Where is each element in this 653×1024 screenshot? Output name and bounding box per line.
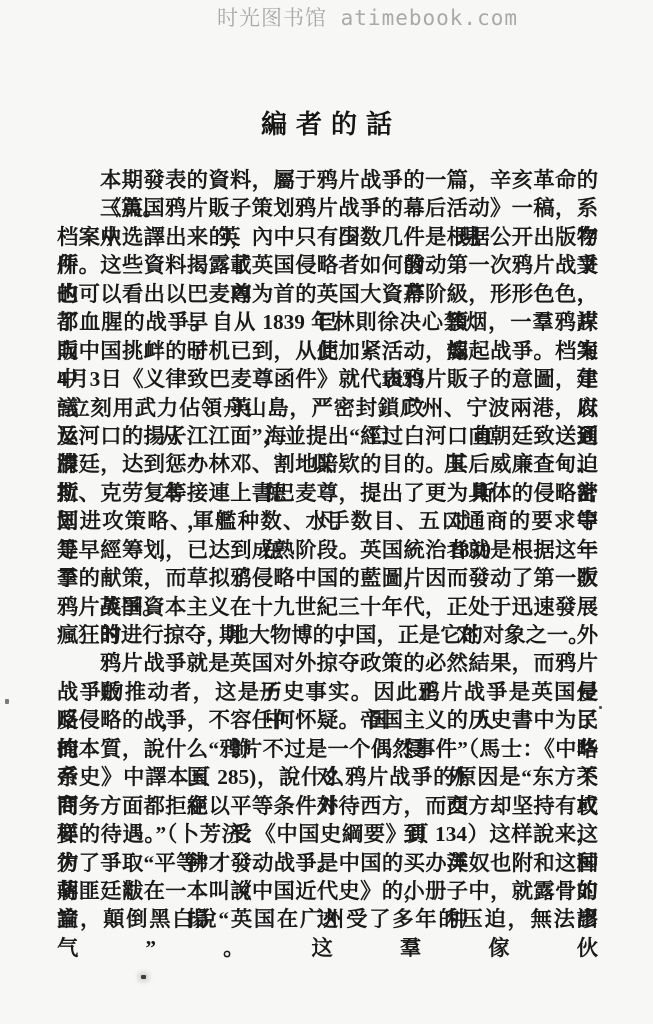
text-line: 瘋狂的进行掠夺，地大物博的中国，正是它的对象之一。 xyxy=(57,621,598,649)
text-line: “立刻用武力佔領舟山島，严密封鎖广州、宁波兩港，以及从海口直到 xyxy=(57,394,598,422)
text-line: 了血腥的战爭。自从 1839 年林則徐决心禁烟，一羣鸦片販子便認为 xyxy=(57,308,598,336)
text-line: 英国資本主义在十九世紀三十年代，正处于迅速發展时期，对外 xyxy=(57,593,598,621)
page-title: 編者的話 xyxy=(0,104,653,141)
text-line: 斯、克劳复等接連上書巴麦尊，提出了更为具体的侵略計划，凡对中 xyxy=(57,479,598,507)
text-line: 商务方面都拒絕以平等条件对待西方，而西方却坚持有权要受到这 xyxy=(57,792,598,820)
text-line: 件。这些資料揭露了英国侵略者如何發动第一次鸦片战爭的內幕， xyxy=(57,251,598,279)
text-line: 的本質，說什么“鸦片不过是一个偶然事件”（馬士：《中华帝国对外关 xyxy=(57,735,598,763)
site-watermark: 时光图书馆 atimebook.com xyxy=(217,2,518,32)
text-line: 样的待遇。”（卜芳济：《中国史綱要》頁 134）这样說来，彷彿是英国 xyxy=(57,820,598,848)
text-line: 鸦片战爭就是英国对外掠夺政策的必然結果，而鸦片販子正是 xyxy=(57,649,598,677)
scanned-book-page: 时光图书馆 atimebook.com 編者的話 本期發表的資料，屬于鸦片战爭的… xyxy=(0,0,653,1024)
text-line: 国进攻策略、軍艦种数、水手数目、五口通商的要求等等，在 1839 年 xyxy=(57,507,598,535)
text-line: 清廷，达到惩办林邓、割地賠欵的目的。其后威廉查甸、拉本德、斯密 xyxy=(57,450,598,478)
text-line: 档案中选譯出来的，內中只有少数几件是根据公开出版物所載的文 xyxy=(57,223,598,251)
ink-speck xyxy=(599,706,602,709)
text-line: 《英国鸦片販子策划鸦片战爭的幕后活动》一稿，系从英国現存 xyxy=(57,194,598,222)
text-line: 战爭的推动者，这是历史事实。因此鸦片战爭是英国侵略，中国人民 xyxy=(57,678,598,706)
text-line: 反侵略的战爭，不容任何怀疑。帝国主义的历史書中为了掩飾侵略 xyxy=(57,706,598,734)
ink-speck xyxy=(5,699,9,704)
text-line: 本期發表的資料，屬于鸦片战爭的一篇，辛亥革命的三篇。 xyxy=(57,166,598,194)
text-line: 也可以看出以巴麦尊为首的英国大資产阶級，形形色色，都早已預謀 xyxy=(57,280,598,308)
text-line: 子的献策，而草拟了侵略中国的藍圖，因而發动了第一次鸦片战爭。 xyxy=(57,564,598,592)
text-line: 系史》中譯本頁 285)，說什么鸦片战爭的原因是“东方不問在外交或 xyxy=(57,763,598,791)
text-line: 运河口的揚子江江面”，並提出“經过白河口向朝廷致送通牒”以压迫 xyxy=(57,422,598,450)
text-line: 蔣匪廷黻在一本叫《中国近代史》的小册子中，就露骨的宣揚这种謬 xyxy=(57,877,598,905)
text-line: 是早經筹划，已达到成熟阶段。英国統治者就是根据这一羣鸦片販 xyxy=(57,536,598,564)
text-line: 为了爭取“平等”才發动战爭。中国的买办洋奴也附和这种胡說，如 xyxy=(57,849,598,877)
text-line: 向中国挑衅的时机已到，从此加紧活动，煽起战爭。档案中 1839 年 xyxy=(57,337,598,365)
ink-speck xyxy=(141,975,146,979)
body-text: 本期發表的資料，屬于鸦片战爭的一篇，辛亥革命的三篇。 《英国鸦片販子策划鸦片战爭… xyxy=(57,166,598,934)
text-line: 論，顛倒黑白說“英国在广州受了多年的压迫，無法出气”。这羣傢伙 xyxy=(57,905,598,933)
text-line: 4月3日《义律致巴麦尊函件》就代表鸦片販子的意圖，建議英政府 xyxy=(57,365,598,393)
